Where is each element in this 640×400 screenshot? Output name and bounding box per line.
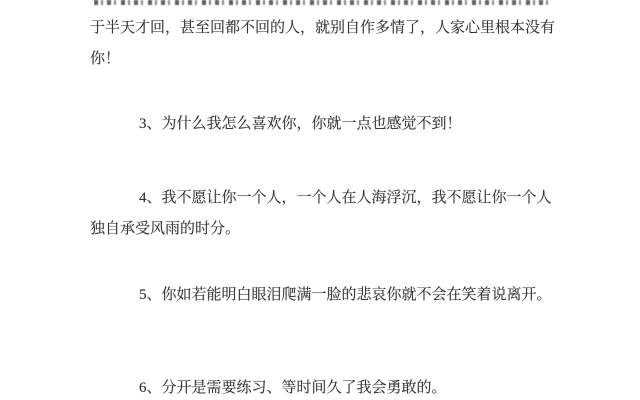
- text-line: 独自承受风雨的时分。: [90, 220, 240, 239]
- clipped-text-fragments: [94, 0, 549, 5]
- text-line: 于半天才回，甚至回都不回的人，就别自作多情了，人家心里根本没有: [90, 19, 555, 38]
- text-line: 6、分开是需要练习、等时间久了我会勇敢的。: [139, 379, 447, 398]
- text-line: 你！: [90, 50, 120, 69]
- text-line: 4、我不愿让你一个人，一个人在人海浮沉，我不愿让你一个人: [139, 189, 552, 208]
- text-line: 3、为什么我怎么喜欢你，你就一点也感觉不到！: [139, 115, 462, 134]
- text-line: 5、你如若能明白眼泪爬满一脸的悲哀你就不会在笑着说离开。: [139, 286, 552, 305]
- clipped-text-line: [94, 0, 549, 6]
- document-page: 于半天才回，甚至回都不回的人，就别自作多情了，人家心里根本没有 你！ 3、为什么…: [0, 0, 640, 400]
